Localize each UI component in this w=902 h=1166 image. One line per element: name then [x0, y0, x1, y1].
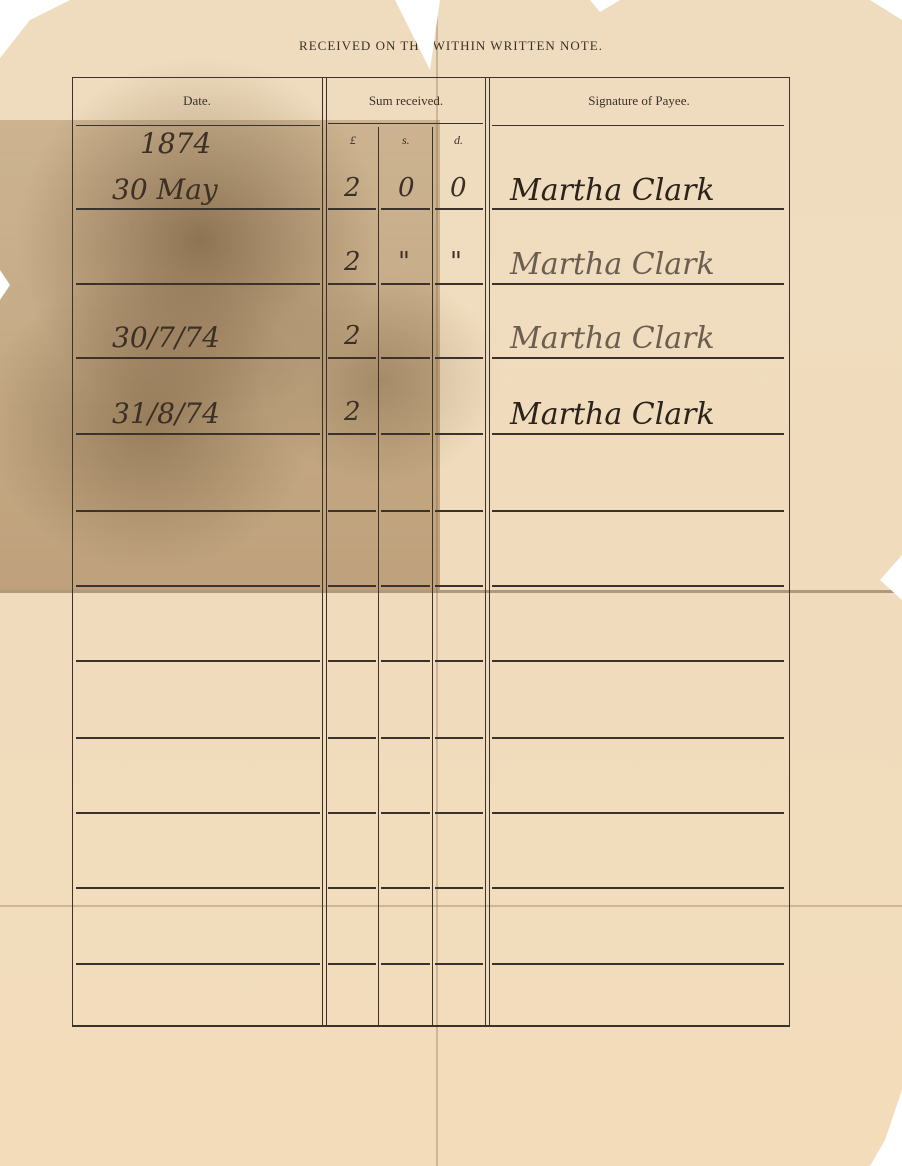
row-rule — [381, 585, 430, 587]
row-rule — [435, 283, 483, 285]
row-rule — [381, 660, 430, 662]
row-rule — [328, 887, 376, 889]
row-rule — [76, 208, 320, 210]
header-underline-signature — [492, 125, 784, 126]
entry-shillings: 0 — [398, 173, 415, 203]
row-rule — [328, 585, 376, 587]
row-rule — [76, 887, 320, 889]
receipt-table: Date. Sum received. Signature of Payee. … — [72, 77, 790, 1027]
entry-pence: " — [450, 247, 462, 277]
row-rule — [76, 585, 320, 587]
entry-pounds: 2 — [344, 173, 361, 203]
row-rule — [328, 963, 376, 965]
row-rule — [492, 433, 784, 435]
row-rule — [76, 510, 320, 512]
row-rule — [328, 510, 376, 512]
row-rule — [492, 208, 784, 210]
sum-column-divider — [485, 77, 486, 1027]
row-rule — [435, 737, 483, 739]
row-rule — [435, 585, 483, 587]
shillings-column-divider — [432, 127, 433, 1027]
header-date: Date. — [72, 93, 322, 109]
entry-date: 31/8/74 — [112, 397, 220, 430]
entry-pounds: 2 — [344, 247, 361, 277]
header-underline-date — [76, 125, 320, 126]
row-rule — [76, 963, 320, 965]
row-rule — [435, 887, 483, 889]
row-rule — [328, 737, 376, 739]
entry-date: 30/7/74 — [112, 321, 220, 354]
row-rule — [76, 737, 320, 739]
row-rule — [492, 510, 784, 512]
entry-signature: Martha Clark — [510, 173, 715, 208]
row-rule — [492, 283, 784, 285]
paper-sheet: RECEIVED ON THE WITHIN WRITTEN NOTE. Dat… — [0, 0, 902, 1166]
row-rule — [76, 433, 320, 435]
row-rule — [328, 812, 376, 814]
entry-signature: Martha Clark — [510, 247, 715, 282]
row-rule — [435, 660, 483, 662]
row-rule — [435, 510, 483, 512]
row-rule — [492, 357, 784, 359]
entry-pence: 0 — [450, 173, 467, 203]
entry-signature: Martha Clark — [510, 397, 715, 432]
row-rule — [492, 585, 784, 587]
row-rule — [492, 660, 784, 662]
table-bottom-border — [72, 1025, 790, 1027]
handwritten-year: 1874 — [140, 127, 211, 160]
row-rule — [328, 433, 376, 435]
pounds-column-divider — [378, 127, 379, 1027]
row-rule — [381, 737, 430, 739]
date-column-divider-double — [326, 77, 327, 1027]
row-rule — [492, 887, 784, 889]
row-rule — [492, 963, 784, 965]
header-sum-received: Sum received. — [326, 93, 486, 109]
header-signature: Signature of Payee. — [489, 93, 789, 109]
table-right-border — [789, 77, 790, 1027]
entry-signature: Martha Clark — [510, 321, 715, 356]
row-rule — [381, 812, 430, 814]
row-rule — [381, 283, 430, 285]
row-rule — [76, 660, 320, 662]
row-rule — [492, 737, 784, 739]
row-rule — [381, 208, 430, 210]
subheader-shillings: s. — [402, 133, 410, 148]
subheader-pounds: £ — [350, 133, 356, 148]
row-rule — [381, 510, 430, 512]
row-rule — [76, 812, 320, 814]
table-left-border — [72, 77, 73, 1027]
row-rule — [435, 208, 483, 210]
document-title: RECEIVED ON THE WITHIN WRITTEN NOTE. — [0, 38, 902, 54]
sum-column-divider-double — [489, 77, 490, 1027]
entry-pounds: 2 — [344, 397, 361, 427]
row-rule — [381, 963, 430, 965]
row-rule — [435, 433, 483, 435]
row-rule — [328, 660, 376, 662]
entry-pounds: 2 — [344, 321, 361, 351]
row-rule — [76, 357, 320, 359]
entry-date: 30 May — [112, 173, 218, 206]
row-rule — [435, 357, 483, 359]
row-rule — [381, 887, 430, 889]
row-rule — [381, 357, 430, 359]
row-rule — [328, 283, 376, 285]
row-rule — [435, 812, 483, 814]
row-rule — [435, 963, 483, 965]
row-rule — [381, 433, 430, 435]
table-top-border — [72, 77, 790, 78]
entry-shillings: " — [398, 247, 410, 277]
row-rule — [328, 208, 376, 210]
header-underline-sum — [328, 123, 483, 124]
row-rule — [328, 357, 376, 359]
subheader-pence: d. — [454, 133, 463, 148]
row-rule — [76, 283, 320, 285]
row-rule — [492, 812, 784, 814]
date-column-divider — [322, 77, 323, 1027]
